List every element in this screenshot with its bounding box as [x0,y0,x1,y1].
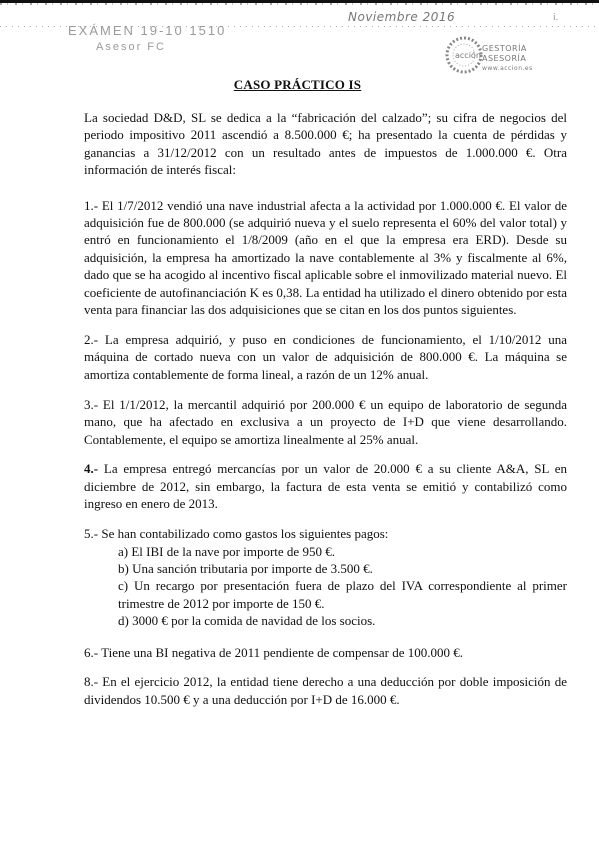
item-8: 8.- En el ejercicio 2012, la entidad tie… [84,673,567,708]
document-title: CASO PRÁCTICO IS [0,77,599,93]
item-1: 1.- El 1/7/2012 vendió una nave industri… [84,197,567,319]
item-number: 6.- [84,645,98,660]
item-number: 4.- [84,461,98,476]
expense-sublist: a) El IBI de la nave por importe de 950 … [84,543,567,630]
stamp-url: www.accion.es [482,64,533,74]
stamp-line2: ASESORÍA [482,54,533,64]
page-mark: i. [553,13,558,23]
item-3: 3.- El 1/1/2012, la mercantil adquirió p… [84,396,567,448]
item-2: 2.- La empresa adquirió, y puso en condi… [84,331,567,383]
item-number: 3.- [84,397,98,412]
stamp-line1: GESTORÍA [482,44,533,54]
item-number: 2.- [84,332,98,347]
item-text: Tiene una BI negativa de 2011 pendiente … [101,645,463,660]
header-left-line2: Asesor FC [68,39,226,56]
sub-item-d: d) 3000 € por la comida de navidad de lo… [118,612,567,629]
item-text: El 1/7/2012 vendió una nave industrial a… [84,198,567,317]
scan-noise [0,3,599,5]
item-number: 1.- [84,198,98,213]
item-text: La empresa entregó mercancías por un val… [84,461,567,511]
item-text: El 1/1/2012, la mercantil adquirió por 2… [84,397,567,447]
document-body: La sociedad D&D, SL se dedica a la “fabr… [84,109,567,721]
sub-item-c: c) Un recargo por presentación fuera de … [118,577,567,612]
item-number: 5.- [84,526,98,541]
item-text: La empresa adquirió, y puso en condicion… [84,332,567,382]
item-6: 6.- Tiene una BI negativa de 2011 pendie… [84,644,567,661]
handwritten-date: Noviembre 2016 [348,10,455,24]
scan-header-left: EXÁMEN 19-10 1510 Asesor FC [68,22,226,56]
item-5: 5.- Se han contabilizado como gastos los… [84,525,567,629]
item-4: 4.- La empresa entregó mercancías por un… [84,460,567,512]
item-text: En el ejercicio 2012, la entidad tiene d… [84,674,567,706]
sub-item-a: a) El IBI de la nave por importe de 950 … [118,543,567,560]
item-number: 8.- [84,674,98,689]
item-text: Se han contabilizado como gastos los sig… [101,526,388,541]
document-title-text: CASO PRÁCTICO IS [234,77,361,92]
intro-paragraph: La sociedad D&D, SL se dedica a la “fabr… [84,109,567,179]
stamp-text: GESTORÍA ASESORÍA www.accion.es [482,44,533,74]
svg-text:acción: acción [455,50,481,60]
sub-item-b: b) Una sanción tributaria por importe de… [118,560,567,577]
header-left-line1: EXÁMEN 19-10 1510 [68,22,226,39]
